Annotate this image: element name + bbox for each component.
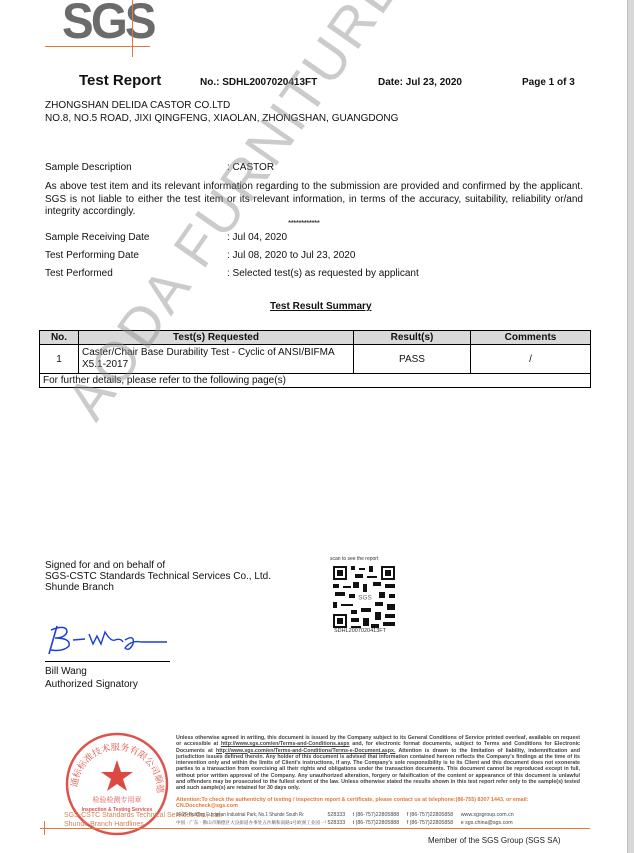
legal-text-3: Attention is drawn to the limitation of … xyxy=(176,748,580,792)
col-no: No. xyxy=(40,331,79,345)
telephone: t (86-757)22805888 xyxy=(353,812,400,818)
footer-rule-tick xyxy=(44,821,45,835)
footer-rule xyxy=(40,828,590,829)
logo-rule-vertical xyxy=(132,0,133,57)
address-row-en: 1F/2F Building European Industrial Park,… xyxy=(176,812,514,818)
postcode-cn: 528333 xyxy=(327,820,345,826)
sample-description-label: Sample Description xyxy=(45,162,132,173)
sgs-group-member: Member of the SGS Group (SGS SA) xyxy=(428,836,561,845)
performing-date-label: Test Performing Date xyxy=(45,250,139,261)
qr-code[interactable]: SGS xyxy=(331,562,397,632)
separator-stars: ************ xyxy=(288,219,319,228)
website-link[interactable]: www.sgsgroup.com.cn xyxy=(461,812,514,818)
row-comments: / xyxy=(471,345,591,374)
page-indicator: Page 1 of 3 xyxy=(522,77,575,88)
email-link[interactable]: e sgs.china@sgs.com xyxy=(461,820,513,826)
authenticity-notice: Attention:To check the authenticity of t… xyxy=(176,797,580,810)
scrollbar-track[interactable] xyxy=(628,0,634,853)
disclaimer-paragraph: As above test item and its relevant info… xyxy=(45,181,583,219)
applicant-address: NO.8, NO.5 ROAD, JIXI QINGFENG, XIAOLAN,… xyxy=(45,113,398,125)
postcode: 528333 xyxy=(327,812,345,818)
performing-date-value: : Jul 08, 2020 to Jul 23, 2020 xyxy=(227,250,355,261)
logo-rule-horizontal xyxy=(45,46,150,47)
report-title: Test Report xyxy=(79,72,161,89)
star-icon xyxy=(101,760,133,791)
telephone-cn: t (86-757)22805888 xyxy=(353,820,400,826)
col-comments: Comments xyxy=(471,331,591,345)
test-performed-label: Test Performed xyxy=(45,268,113,279)
svg-text:检验检测专用章: 检验检测专用章 xyxy=(93,795,142,804)
fax: f (86-757)22805858 xyxy=(407,812,454,818)
legal-terms: Unless otherwise agreed in writing, this… xyxy=(176,735,580,792)
sgs-logo: SGS xyxy=(62,0,154,50)
row-result: PASS xyxy=(354,345,471,374)
report-date: Date: Jul 23, 2020 xyxy=(378,77,462,88)
qr-report-id: SDHL2007020413FT xyxy=(334,628,386,634)
applicant-company: ZHONGSHAN DELIDA CASTOR CO.LTD xyxy=(45,100,230,112)
summary-title: Test Result Summary xyxy=(270,301,372,312)
signing-branch: Shunde Branch xyxy=(45,582,114,594)
test-performed-value: : Selected test(s) as requested by appli… xyxy=(227,268,419,279)
col-result: Result(s) xyxy=(354,331,471,345)
fax-cn: f (86-757)22805858 xyxy=(407,820,454,826)
address-cn: 中国 · 广东 · 佛山市顺德区大良街道办事处五沙顺和南路1号欧洲工业园一号厂房… xyxy=(176,820,326,826)
terms-link[interactable]: http://www.sgs.com/en/Terms-and-Conditio… xyxy=(221,741,350,747)
svg-text:SGS: SGS xyxy=(358,595,372,602)
address-row-cn: 中国 · 广东 · 佛山市顺德区大良街道办事处五沙顺和南路1号欧洲工业园一号厂房… xyxy=(176,820,513,826)
signatory-role: Authorized Signatory xyxy=(45,679,138,691)
address-en: 1F/2F Building European Industrial Park,… xyxy=(176,812,304,818)
handwritten-signature xyxy=(45,620,170,658)
signature-line xyxy=(45,661,170,662)
receiving-date-label: Sample Receiving Date xyxy=(45,232,150,243)
e-document-terms-link[interactable]: http://www.sgs.com/en/Terms-and-Conditio… xyxy=(216,748,395,754)
signatory-name: Bill Wang xyxy=(45,666,87,678)
